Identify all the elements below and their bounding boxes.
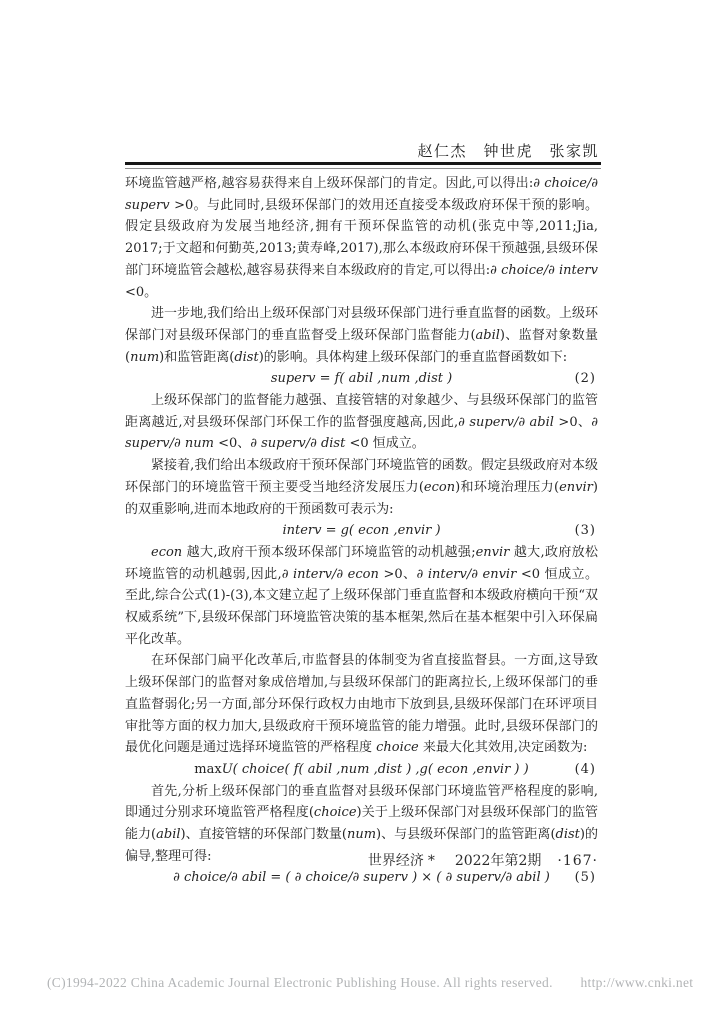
equation-body: ∂ choice/∂ abil = ( ∂ choice/∂ superv ) … <box>173 870 550 885</box>
equation-body: maxU( choice( f( abil ,num ,dist ) ,g( e… <box>194 762 528 777</box>
page-number: ·167· <box>557 853 598 869</box>
text-run: 越大,政府干预本级环保部门环境监管的动机越强; <box>182 545 475 560</box>
text-run: 环境监管越严格,越容易获得来自上级环保部门的肯定。因此,可以得出: <box>125 176 533 191</box>
article-body: 环境监管越严格,越容易获得来自上级环保部门的肯定。因此,可以得出:∂ choic… <box>125 173 598 889</box>
text-run: <0。 <box>125 285 157 300</box>
text-run: )、直接管辖的环保部门数量( <box>181 827 347 842</box>
journal-footer: 世界经济 * 2022年第2期 ·167· <box>125 850 598 870</box>
text-run: )、与县级环保部门的监管距离( <box>376 827 555 842</box>
math-run: num <box>130 350 159 365</box>
paragraph: 环境监管越严格,越容易获得来自上级环保部门的肯定。因此,可以得出:∂ choic… <box>125 173 598 303</box>
math-run: ∂ superv/∂ dist <box>250 436 345 451</box>
paragraph: 在环保部门扁平化改革后,市监督县的体制变为省直接监督县。一方面,这导致上级环保部… <box>125 650 598 759</box>
math-run: num <box>347 827 376 842</box>
text-run: >0、 <box>554 415 591 430</box>
math-run: choice <box>376 740 419 755</box>
author-line: 赵仁杰 钟世虎 张家凯 <box>125 140 599 161</box>
journal-name: 世界经济 <box>368 850 424 870</box>
math-run: envir <box>476 545 510 560</box>
math-run: abil <box>476 328 500 343</box>
math-run: choice <box>314 805 357 820</box>
text-run: )的影响。具体构建上级环保部门的垂直监督函数如下: <box>259 350 567 365</box>
copyright-text: (C)1994-2022 China Academic Journal Elec… <box>47 975 553 990</box>
equation: ∂ choice/∂ abil = ( ∂ choice/∂ superv ) … <box>125 867 598 889</box>
math-run: ∂ interv/∂ econ <box>282 567 379 582</box>
text-run: >0、 <box>379 567 417 582</box>
math-run: econ <box>424 480 455 495</box>
paragraph: econ 越大,政府干预本级环保部门环境监管的动机越强;envir 越大,政府放… <box>125 542 598 651</box>
math-run: interv = g( econ ,envir ) <box>282 523 440 538</box>
math-run: superv = f( abil ,num ,dist ) <box>271 371 452 386</box>
paragraph: 进一步地,我们给出上级环保部门对县级环保部门进行垂直监督的函数。上级环保部门对县… <box>125 303 598 368</box>
equation: superv = f( abil ,num ,dist )(2) <box>125 368 598 390</box>
text-run: 来最大化其效用,决定函数为: <box>419 740 588 755</box>
math-run: dist <box>556 827 580 842</box>
equation-body: superv = f( abil ,num ,dist ) <box>271 371 452 386</box>
math-run: abil <box>156 827 180 842</box>
math-run: econ <box>151 545 182 560</box>
text-run: <0、 <box>214 436 250 451</box>
text-run: )和监管距离( <box>159 350 234 365</box>
equation-number: (5) <box>575 867 596 889</box>
math-run: ∂ interv/∂ envir <box>417 567 517 582</box>
issue-label: 2022年第2期 <box>455 850 542 870</box>
math-run: ∂ choice/∂ abil = ( ∂ choice/∂ superv ) … <box>173 870 550 885</box>
equation-number: (3) <box>575 520 596 542</box>
header-rule <box>125 162 601 169</box>
paragraph: 上级环保部门的监督能力越强、直接管辖的对象越少、与县级环保部门的监管距离越近,对… <box>125 390 598 455</box>
text-run: <0 恒成立。 <box>345 436 424 451</box>
copyright-bar: (C)1994-2022 China Academic Journal Elec… <box>47 975 693 991</box>
equation: maxU( choice( f( abil ,num ,dist ) ,g( e… <box>125 759 598 781</box>
math-run: envir <box>559 480 593 495</box>
journal-page: 赵仁杰 钟世虎 张家凯 环境监管越严格,越容易获得来自上级环保部门的肯定。因此,… <box>0 0 715 1016</box>
equation: interv = g( econ ,envir )(3) <box>125 520 598 542</box>
math-run: dist <box>234 350 258 365</box>
math-run: ∂ choice/∂ interv <box>490 263 598 278</box>
paragraph: 紧接着,我们给出本级政府干预环保部门环境监管的函数。假定县级政府对本级环保部门的… <box>125 455 598 520</box>
cnki-url: http://www.cnki.net <box>580 975 693 990</box>
footnote-star: * <box>428 853 435 869</box>
math-run: ∂ superv/∂ abil <box>458 415 554 430</box>
equation-number: (2) <box>575 368 596 390</box>
math-run: U( choice( f( abil ,num ,dist ) ,g( econ… <box>222 762 529 777</box>
equation-number: (4) <box>575 759 596 781</box>
text-run: max <box>194 762 221 777</box>
text-run: )和环境治理压力( <box>455 480 559 495</box>
equation-body: interv = g( econ ,envir ) <box>282 523 440 538</box>
